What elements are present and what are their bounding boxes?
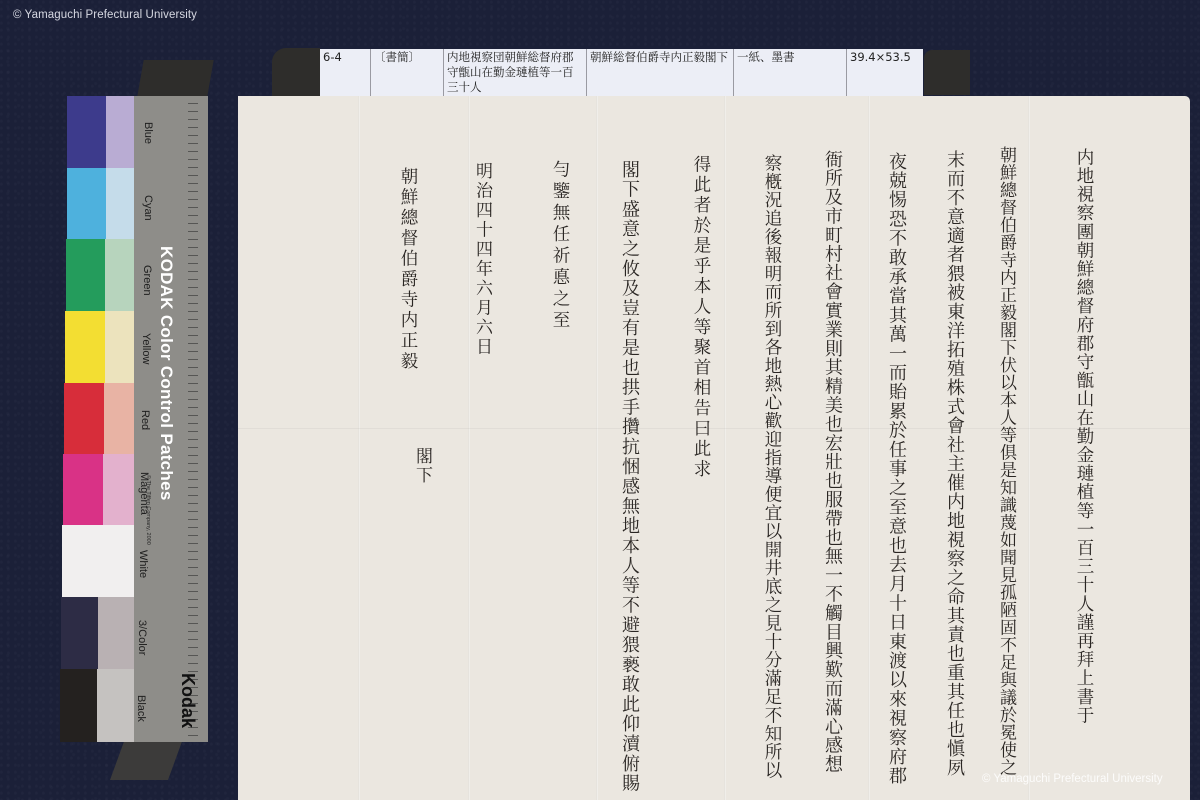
patch-magenta-dark <box>63 454 103 525</box>
catalog-label: 6-4 〔書簡〕 内地視察団朝鮮総督府郡守甑山在勤金璉植等一百三十人 朝鮮総督伯… <box>320 49 923 96</box>
patch-3color-light <box>98 597 136 669</box>
letter-column-7: 得此者於是乎本人等聚首相告曰此求 <box>689 155 713 480</box>
label-type: 〔書簡〕 <box>371 49 444 96</box>
patch-label-white: White <box>137 550 149 578</box>
patch-blue-dark <box>67 96 106 168</box>
patch-label-blue: Blue <box>142 122 154 144</box>
patch-label-red: Red <box>139 410 151 430</box>
letter-column-honorific: 閣下 <box>410 447 434 485</box>
letter-column-addressee: 朝鮮總督伯爵寺内正毅 <box>396 167 420 372</box>
patch-green-dark <box>66 239 105 311</box>
fold-line <box>1028 96 1030 800</box>
tape-top-label <box>272 48 320 96</box>
label-size: 39.4×53.5 <box>847 49 924 96</box>
kodak-copyright: © The Tiffen Company, 2000 <box>145 475 151 545</box>
patch-label-green: Green <box>141 265 153 296</box>
patch-red-dark <box>64 383 104 454</box>
letter-column-3: 末而不意適者猥被東洋拓殖株式會社主催内地視察之命其責也重其任也愼夙 <box>942 150 966 777</box>
label-number: 6-4 <box>320 49 371 96</box>
label-material: 一紙、墨書 <box>734 49 847 96</box>
copyright-watermark-bottom: © Yamaguchi Prefectural University <box>982 773 1163 785</box>
letter-paper <box>238 96 1190 800</box>
patch-yellow-dark <box>65 311 105 383</box>
letter-column-8: 閣下盛意之攸及豈有是也拱手攢抗悃感無地本人等不避猥褻敢此仰瀆俯賜 <box>617 160 641 794</box>
patch-label-cyan: Cyan <box>142 195 154 221</box>
fold-line <box>596 96 598 800</box>
patch-black-light <box>97 669 135 742</box>
fold-line <box>868 96 870 800</box>
patch-3color-dark <box>61 597 98 669</box>
patch-label-black: Black <box>135 695 147 722</box>
letter-column-5: 衙所及市町村社會實業則其精美也宏壯也服帶也無一不觸目興歎而滿心感想 <box>820 150 844 774</box>
patch-black-dark <box>60 669 97 742</box>
letter-column-9: 勻鑒無任祈悳之至 <box>548 160 572 332</box>
letter-column-6: 察槪況追後報明而所到各地熱心歡迎指導便宜以開井底之見十分滿足不知所以 <box>760 154 784 780</box>
fold-line <box>724 96 726 800</box>
patch-label-yellow: Yellow <box>140 333 152 364</box>
fold-line <box>358 96 360 800</box>
letter-column-1: 内地視察團朝鮮總督府郡守甑山在勤金璉植等一百三十人謹再拜上書于 <box>1072 148 1096 725</box>
label-recipient: 朝鮮総督伯爵寺内正毅閣下 <box>587 49 734 96</box>
kodak-logo: Kodak <box>177 673 198 728</box>
kodak-chart-title: KODAK Color Control Patches <box>156 246 176 501</box>
patch-cyan-dark <box>67 168 106 239</box>
letter-column-4: 夜兢惕恐不敢承當其萬一而貽累於任事之至意也去月十日東渡以來視察府郡 <box>884 152 908 786</box>
tape-top-right <box>924 50 970 95</box>
fold-line-horizontal <box>238 428 1190 429</box>
letter-column-date: 明治四十四年六月六日 <box>470 162 494 357</box>
patch-white <box>62 525 138 597</box>
label-title: 内地視察団朝鮮総督府郡守甑山在勤金璉植等一百三十人 <box>444 49 587 96</box>
tape-bottom-left <box>110 736 184 780</box>
letter-column-2: 朝鮮總督伯爵寺内正毅閣下伏以本人等俱是知識蔑如聞見孤陋固不足與議於冕使之 <box>994 146 1018 776</box>
patch-label-3color: 3/Color <box>136 620 148 655</box>
copyright-watermark-top: © Yamaguchi Prefectural University <box>13 9 197 21</box>
